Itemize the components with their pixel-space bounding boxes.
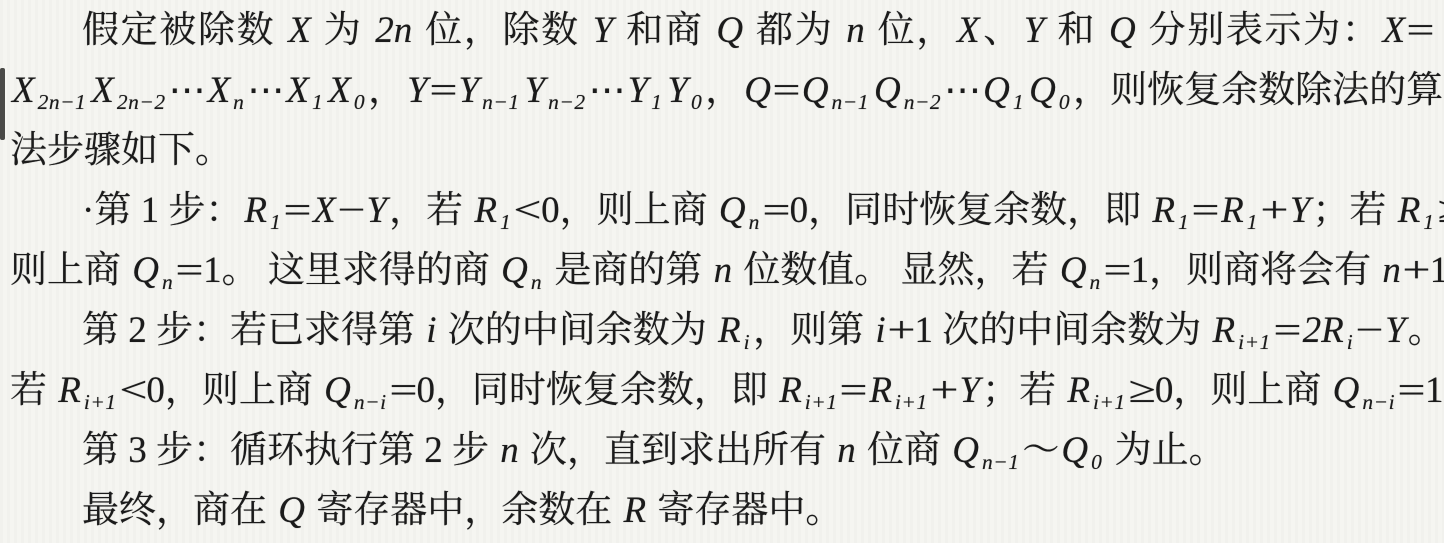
text-line-6: 第 2 步：若已求得第 i 次的中间余数为 Ri，则第 i+1 次的中间余数为 … [10,301,1434,361]
text-run: 则上商 [10,250,130,291]
math-variable: R [1065,370,1092,411]
text-run: 和 [1046,10,1106,51]
math-operator: ≥ [1433,181,1444,241]
math-operator: = [768,61,804,121]
text-run: 0，则上商 [146,370,322,411]
text-line-4: ·第 1 步：R1=X−Y，若 R1<0，则上商 Qn=0，同时恢复余数，即 R… [10,181,1434,241]
math-subscript: n−i [1362,390,1395,414]
text-run: 、 [982,10,1022,51]
math-subscript: n−1 [482,90,519,114]
math-variable: Q [1058,250,1089,291]
math-variable: n [498,430,521,471]
text-line-1: 假定被除数 X 为 2n 位，除数 Y 和商 Q 都为 n 位，X、Y 和 Q … [10,1,1434,61]
math-variable: Q [1331,370,1362,411]
text-run: 1 次的中间余数为 [915,310,1211,351]
math-variable: Q [130,250,161,291]
math-operator: ≥ [1124,361,1160,421]
math-subscript: i+1 [84,390,117,414]
math-variable: R [472,190,499,231]
text-run: ；若 [982,370,1065,411]
math-variable: Q [714,10,745,51]
math-variable: R [1396,190,1423,231]
math-subscript: 0 [354,90,365,114]
math-operator: + [926,361,962,421]
math-variable: n [844,10,867,51]
math-subscript: n [233,90,244,114]
math-variable: Q [872,70,903,111]
math-variable: Y [626,70,651,111]
math-variable: Q [981,70,1012,111]
text-run: 寄存器中，余数在 [307,490,622,531]
math-variable: X [955,10,982,51]
math-variable: 2R [1301,310,1346,351]
math-variable: R [777,370,804,411]
text-run: ；若 [1312,190,1395,231]
text-run: 1。 这里求得的商 [203,250,499,291]
math-variable: R [621,490,648,531]
math-subscript: 0 [1091,450,1102,474]
scan-edge-artifact [0,68,5,140]
math-subscript: n−1 [832,90,869,114]
math-variable: Q [276,490,307,531]
math-variable: Q [1027,70,1058,111]
math-operator: + [883,301,919,361]
math-operator: = [385,361,421,421]
math-variable: X [284,70,311,111]
math-operator: = [1099,241,1135,301]
math-operator: = [1402,1,1438,61]
math-subscript: i+1 [1238,330,1271,354]
math-operator: < [115,361,151,421]
text-line-5: 则上商 Qn=1。 这里求得的商 Qn 是商的第 n 位数值。 显然，若 Qn=… [10,241,1434,301]
text-run: 1，则商将会有 [1131,250,1381,291]
math-operator: = [279,181,315,241]
math-variable: Y [1022,10,1047,51]
math-subscript: n−i [354,390,387,414]
math-subscript: 2n−2 [117,90,166,114]
text-run: 第 2 步：若已求得第 [82,310,424,351]
math-variable: Q [1107,10,1138,51]
math-operator: = [1188,181,1224,241]
math-variable: X [286,10,313,51]
math-subscript: n [531,270,542,294]
math-operator: = [758,181,794,241]
math-operator: < [510,181,546,241]
text-run: ， [368,70,405,111]
math-subscript: i+1 [805,390,838,414]
text-run: ， [705,70,742,111]
text-run: ～ [1022,430,1059,471]
text-run: 和商 [615,10,714,51]
text-run: ⋯ [247,70,284,111]
math-subscript: n−2 [548,90,585,114]
text-line-3: 法步骤如下。 [10,121,1434,181]
math-operator: − [1352,301,1388,361]
text-run: 法步骤如下。 [10,130,232,171]
text-line-2: X2n−1X2n−2⋯Xn⋯X1X0，Y=Yn−1Yn−2⋯Y1Y0，Q=Qn−… [10,61,1434,121]
text-run: 次，直到求出所有 [521,430,836,471]
math-variable: n [835,430,858,471]
document-page: 假定被除数 X 为 2n 位，除数 Y 和商 Q 都为 n 位，X、Y 和 Q … [0,0,1444,543]
math-operator: = [1269,301,1305,361]
math-variable: Q [1059,430,1090,471]
math-variable: Y [591,10,616,51]
math-operator: + [1256,181,1292,241]
text-line-9: 最终，商在 Q 寄存器中，余数在 R 寄存器中。 [10,481,1434,541]
math-subscript: 2n−1 [38,90,87,114]
text-line-7: 若 Ri+1<0，则上商 Qn−i=0，同时恢复余数，即 Ri+1=Ri+1+Y… [10,361,1434,421]
math-operator: = [836,361,872,421]
text-run: 位数值。 显然，若 [734,250,1058,291]
text-run: 0，则上商 [1155,370,1331,411]
text-run: 都为 [745,10,844,51]
text-line-8: 第 3 步：循环执行第 2 步 n 次，直到求出所有 n 位商 Qn−1～Q0 … [10,421,1434,481]
math-operator: = [425,61,461,121]
math-variable: X [206,70,233,111]
math-variable: X [10,70,37,111]
math-variable: n [712,250,735,291]
text-run: 是商的第 [545,250,712,291]
text-run: ，则第 [753,310,873,351]
text-run: 寄存器中。 [648,490,842,531]
math-variable: R [1211,310,1238,351]
text-run: 0，则上商 [541,190,717,231]
math-variable: R [242,190,269,231]
text-run: 为止。 [1105,430,1225,471]
text-run: 第 3 步：循环执行第 2 步 [82,430,498,471]
text-run: 最终，商在 [82,490,276,531]
text-run: 次的中间余数为 [439,310,717,351]
text-run: 假定被除数 [82,10,286,51]
math-variable: R [56,370,83,411]
math-variable: Q [950,430,981,471]
text-run: ⋯ [944,70,981,111]
math-variable: Y [665,70,690,111]
math-variable: X [326,70,353,111]
math-variable: R [1150,190,1177,231]
text-run: 位， [867,10,955,51]
math-subscript: i+1 [895,390,928,414]
math-subscript: 1 [1013,90,1024,114]
text-run: 0，同时恢复余数，即 [416,370,777,411]
text-run: 为 [313,10,373,51]
math-operator: = [1393,361,1429,421]
text-run: 。 [1408,310,1444,351]
text-run: 分别表示为： [1138,10,1381,51]
text-block: 假定被除数 X 为 2n 位，除数 Y 和商 Q 都为 n 位，X、Y 和 Q … [10,1,1434,541]
math-subscript: 0 [691,90,702,114]
text-run: 位，除数 [414,10,590,51]
math-subscript: i [744,330,750,354]
math-variable: Q [717,190,748,231]
math-subscript: i+1 [1093,390,1126,414]
text-run: 若 [10,370,56,411]
text-run: ·第 1 步： [82,190,242,231]
text-run: ⋯ [169,70,206,111]
math-variable: R [716,310,743,351]
math-subscript: n−1 [982,450,1019,474]
math-variable: i [424,310,438,351]
text-run: 0，同时恢复余数，即 [790,190,1151,231]
math-operator: + [1398,241,1434,301]
math-subscript: 0 [1059,90,1070,114]
math-subscript: n−2 [904,90,941,114]
text-run: ，则恢复余数除法的算 [1073,70,1443,111]
math-variable: Q [322,370,353,411]
math-operator: − [333,181,369,241]
math-variable: Q [499,250,530,291]
text-run: ，若 [389,190,472,231]
math-subscript: 1 [312,90,323,114]
math-subscript: 1 [651,90,662,114]
text-run: ⋯ [589,70,626,111]
text-run: 位商 [858,430,951,471]
math-variable: X [89,70,116,111]
math-variable: 2n [373,10,414,51]
math-operator: = [172,241,208,301]
math-variable: Y [523,70,548,111]
